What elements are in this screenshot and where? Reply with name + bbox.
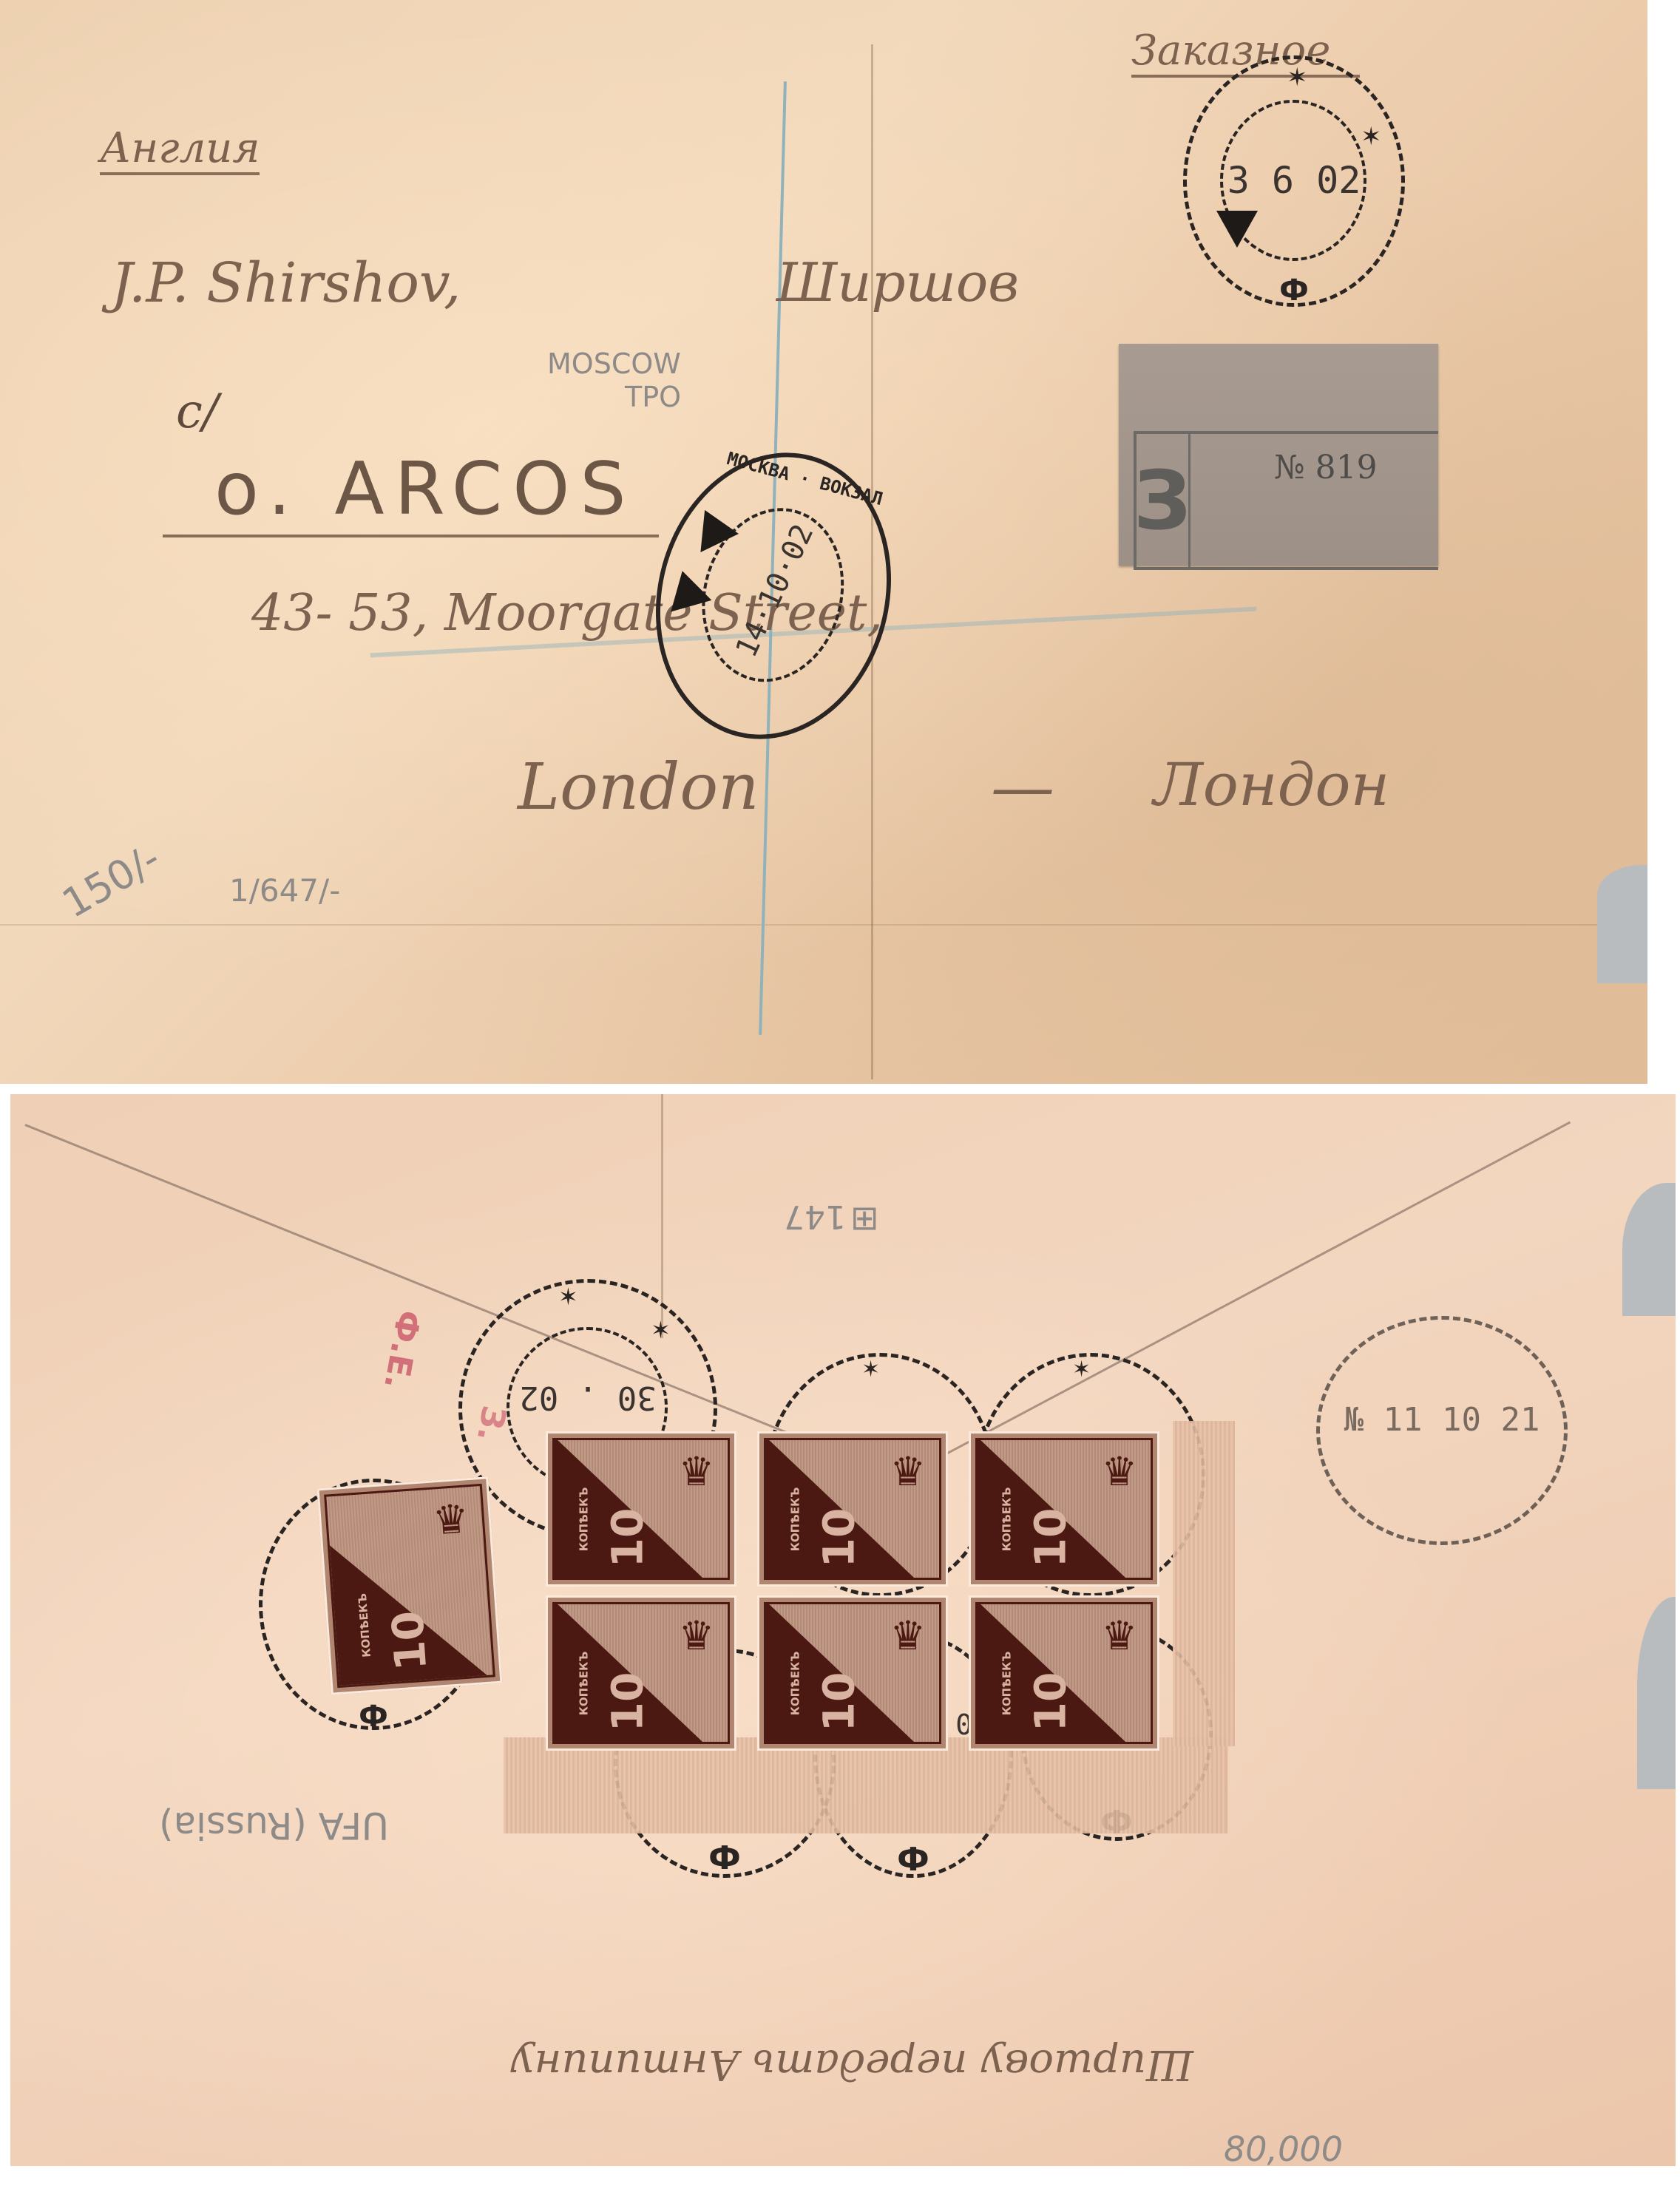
envelope-front: Заказное Англия J.P. Shirshov, Ширшов MO… [0, 0, 1647, 1084]
torn-edge [1637, 1597, 1676, 1789]
addressee-name: J.P. Shirshov, [111, 251, 461, 315]
savings-stamp: ♛СБЕРЕГАТЕЛЬНАЯ МАРКА10КОПѢЕКЪ [546, 1595, 736, 1751]
torn-corner [1622, 1183, 1676, 1316]
manuscript-instruction: Ширшову передать Антипину [510, 2040, 1193, 2089]
pencil-price: 150/- [55, 835, 168, 927]
pencil-reference-back: 147 [784, 1198, 846, 1235]
addressee-name-cyrillic: Ширшов [776, 251, 1019, 313]
savings-stamp: ♛СБЕРЕГАТЕЛЬНАЯ МАРКА10КОПѢЕКЪ [969, 1595, 1159, 1751]
arrival-postmark: № 11 10 21 [1316, 1316, 1568, 1545]
savings-stamp: ♛СБЕРЕГАТЕЛЬНАЯ МАРКА10КОПѢЕКЪ [546, 1431, 736, 1587]
eagle-icon: ♛ [1102, 1616, 1137, 1656]
registration-number: № 819 [1274, 449, 1378, 486]
savings-stamp: ♛СБЕРЕГАТЕЛЬНАЯ МАРКА10КОПѢЕКЪ [969, 1431, 1159, 1587]
city-cyrillic: Лондон [1154, 750, 1389, 819]
postmark-circular: ✶ ✶ 3 6 02 Ф [1183, 55, 1405, 307]
manuscript-country: Англия [100, 124, 260, 175]
eagle-icon: ♛ [679, 1452, 714, 1492]
eagle-icon: ♛ [679, 1616, 714, 1656]
care-of: o. ARCOS [163, 447, 659, 537]
registration-label: З № 819 [1119, 344, 1438, 566]
eagle-icon: ♛ [890, 1452, 926, 1492]
savings-stamp: ♛СБЕРЕГАТЕЛЬНАЯ МАРКА10КОПѢЕКЪ [757, 1431, 948, 1587]
grid-mark-icon: ⊞ [850, 1198, 879, 1238]
pencil-reference: 1/647/- [229, 872, 340, 909]
torn-corner [1597, 865, 1647, 983]
pencil-note-tpo: TPO [625, 381, 681, 413]
flap-edge [24, 1124, 848, 1458]
pencil-note-moscow: MOSCOW [547, 347, 681, 380]
postmark-oval: 14·10·02 МОСКВА · ВОКЗАЛ [625, 426, 923, 765]
pencil-origin: UFA (Russia) [159, 1804, 389, 1847]
dash: — [991, 750, 1054, 824]
star-icon: ✶ [1361, 122, 1382, 152]
eagle-icon: ♛ [432, 1499, 470, 1541]
star-icon: ✶ [1287, 63, 1308, 92]
savings-stamp: ♛СБЕРЕГАТЕЛЬНАЯ МАРКА10КОПѢЕКЪ [757, 1595, 948, 1751]
eagle-icon: ♛ [890, 1616, 926, 1656]
pencil-value: 80,000 [1224, 2129, 1343, 2169]
savings-stamp-single: ♛ СБЕРЕГАТЕЛЬНАЯ МАРКА 10 КОПѢЕКЪ [317, 1476, 503, 1695]
stamp-sheet-margin [1173, 1421, 1235, 1746]
fold-crease [0, 924, 1647, 926]
city: London [518, 750, 759, 824]
care-of-prefix: c/ [176, 384, 218, 439]
eagle-icon: ♛ [1102, 1452, 1137, 1492]
stamp-sheet-margin [504, 1737, 1228, 1833]
registration-class: З [1134, 434, 1190, 567]
